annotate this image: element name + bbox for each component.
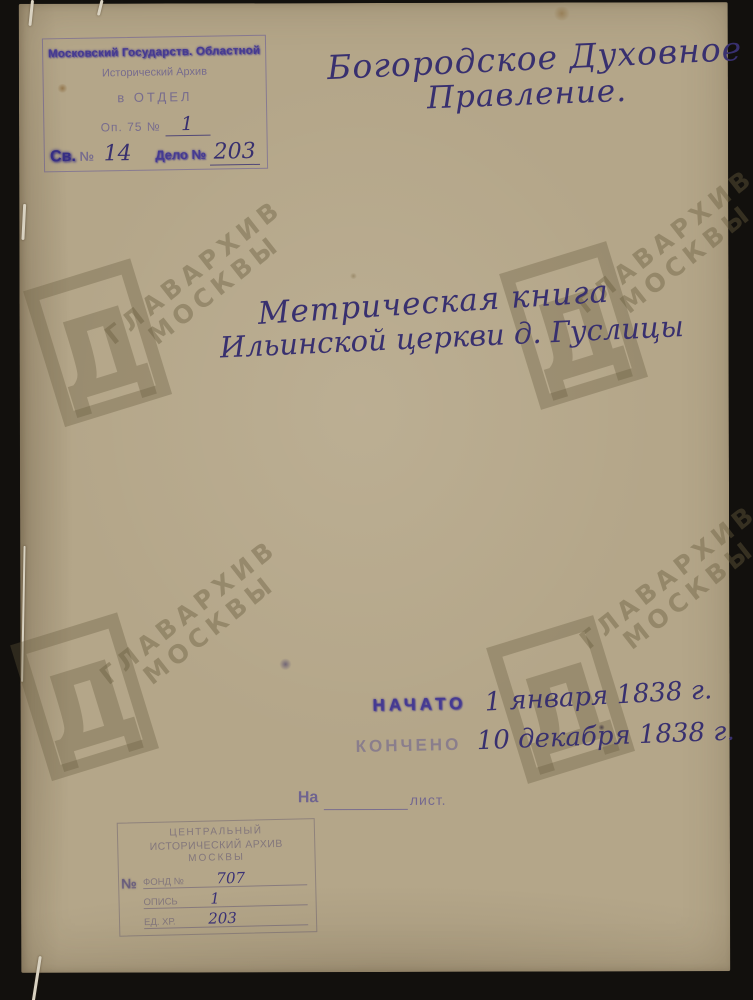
stamp-opis-row: Оп. 75 № 1 (44, 112, 266, 139)
delo-label: Дело № (155, 147, 206, 163)
archive-scan: ГЛАВАРХИВ МОСКВЫ Д ГЛАВАРХИВ МОСКВЫ Д ГЛ… (0, 0, 753, 1000)
paper-stain (553, 6, 571, 20)
binding-thread (97, 0, 104, 16)
opis-row: ОПИСЬ 1 (143, 887, 307, 909)
fond-row: ФОНД № 707 (143, 867, 307, 889)
binding-thread (21, 204, 26, 240)
fond-label: ФОНД № (143, 876, 184, 888)
stamp-sv-delo-row: Св. № 14 Дело № 203 (37, 139, 273, 169)
sheets-suffix: лист. (410, 792, 447, 808)
opis-label: Оп. 75 № (101, 119, 161, 134)
paper-stain (349, 273, 357, 279)
watermark-letter: Д (27, 643, 151, 775)
stamp-org-line1: Московский Государств. Областной (43, 45, 265, 61)
sv-label: Св. (50, 148, 76, 166)
heading-handwritten-line2: Правление. (426, 73, 627, 116)
fond-value-handwritten: 707 (216, 869, 245, 888)
started-stamp-label: НАЧАТО (372, 694, 466, 716)
archive-stamp-top: Московский Государств. Областной Историч… (42, 35, 268, 173)
opis-label: ОПИСЬ (143, 896, 177, 908)
finished-stamp-label: КОНЧЕНО (355, 735, 461, 757)
binding-thread (28, 0, 34, 26)
edhr-label: ЕД. ХР. (144, 916, 176, 928)
ink-smudge (278, 658, 292, 670)
binding-thread (32, 956, 42, 1000)
sv-value-handwritten: 14 (97, 141, 137, 167)
stamp-org-line2: Исторический Архив (43, 65, 265, 81)
sv-no-sign: № (79, 149, 94, 164)
bottom-stamp-no-sign: № (121, 875, 137, 891)
glavarchiv-logo-icon: Д (23, 258, 172, 427)
stamp-dept-line: в ОТДЕЛ (44, 88, 266, 107)
sheets-blank-line (324, 808, 408, 810)
edhr-row: ЕД. ХР. 203 (144, 907, 308, 929)
watermark-letter: Д (40, 289, 164, 421)
book-cover-paper: ГЛАВАРХИВ МОСКВЫ Д ГЛАВАРХИВ МОСКВЫ Д ГЛ… (19, 2, 731, 973)
opis-value-handwritten: 1 (165, 113, 210, 137)
opis-value-handwritten: 1 (210, 889, 220, 907)
archive-stamp-bottom: ЦЕНТРАЛЬНЫЙ ИСТОРИЧЕСКИЙ АРХИВ МОСКВЫ № … (117, 818, 318, 937)
sheets-prefix: На (298, 789, 319, 807)
delo-value-handwritten: 203 (209, 139, 259, 166)
edhr-value-handwritten: 203 (208, 909, 237, 928)
